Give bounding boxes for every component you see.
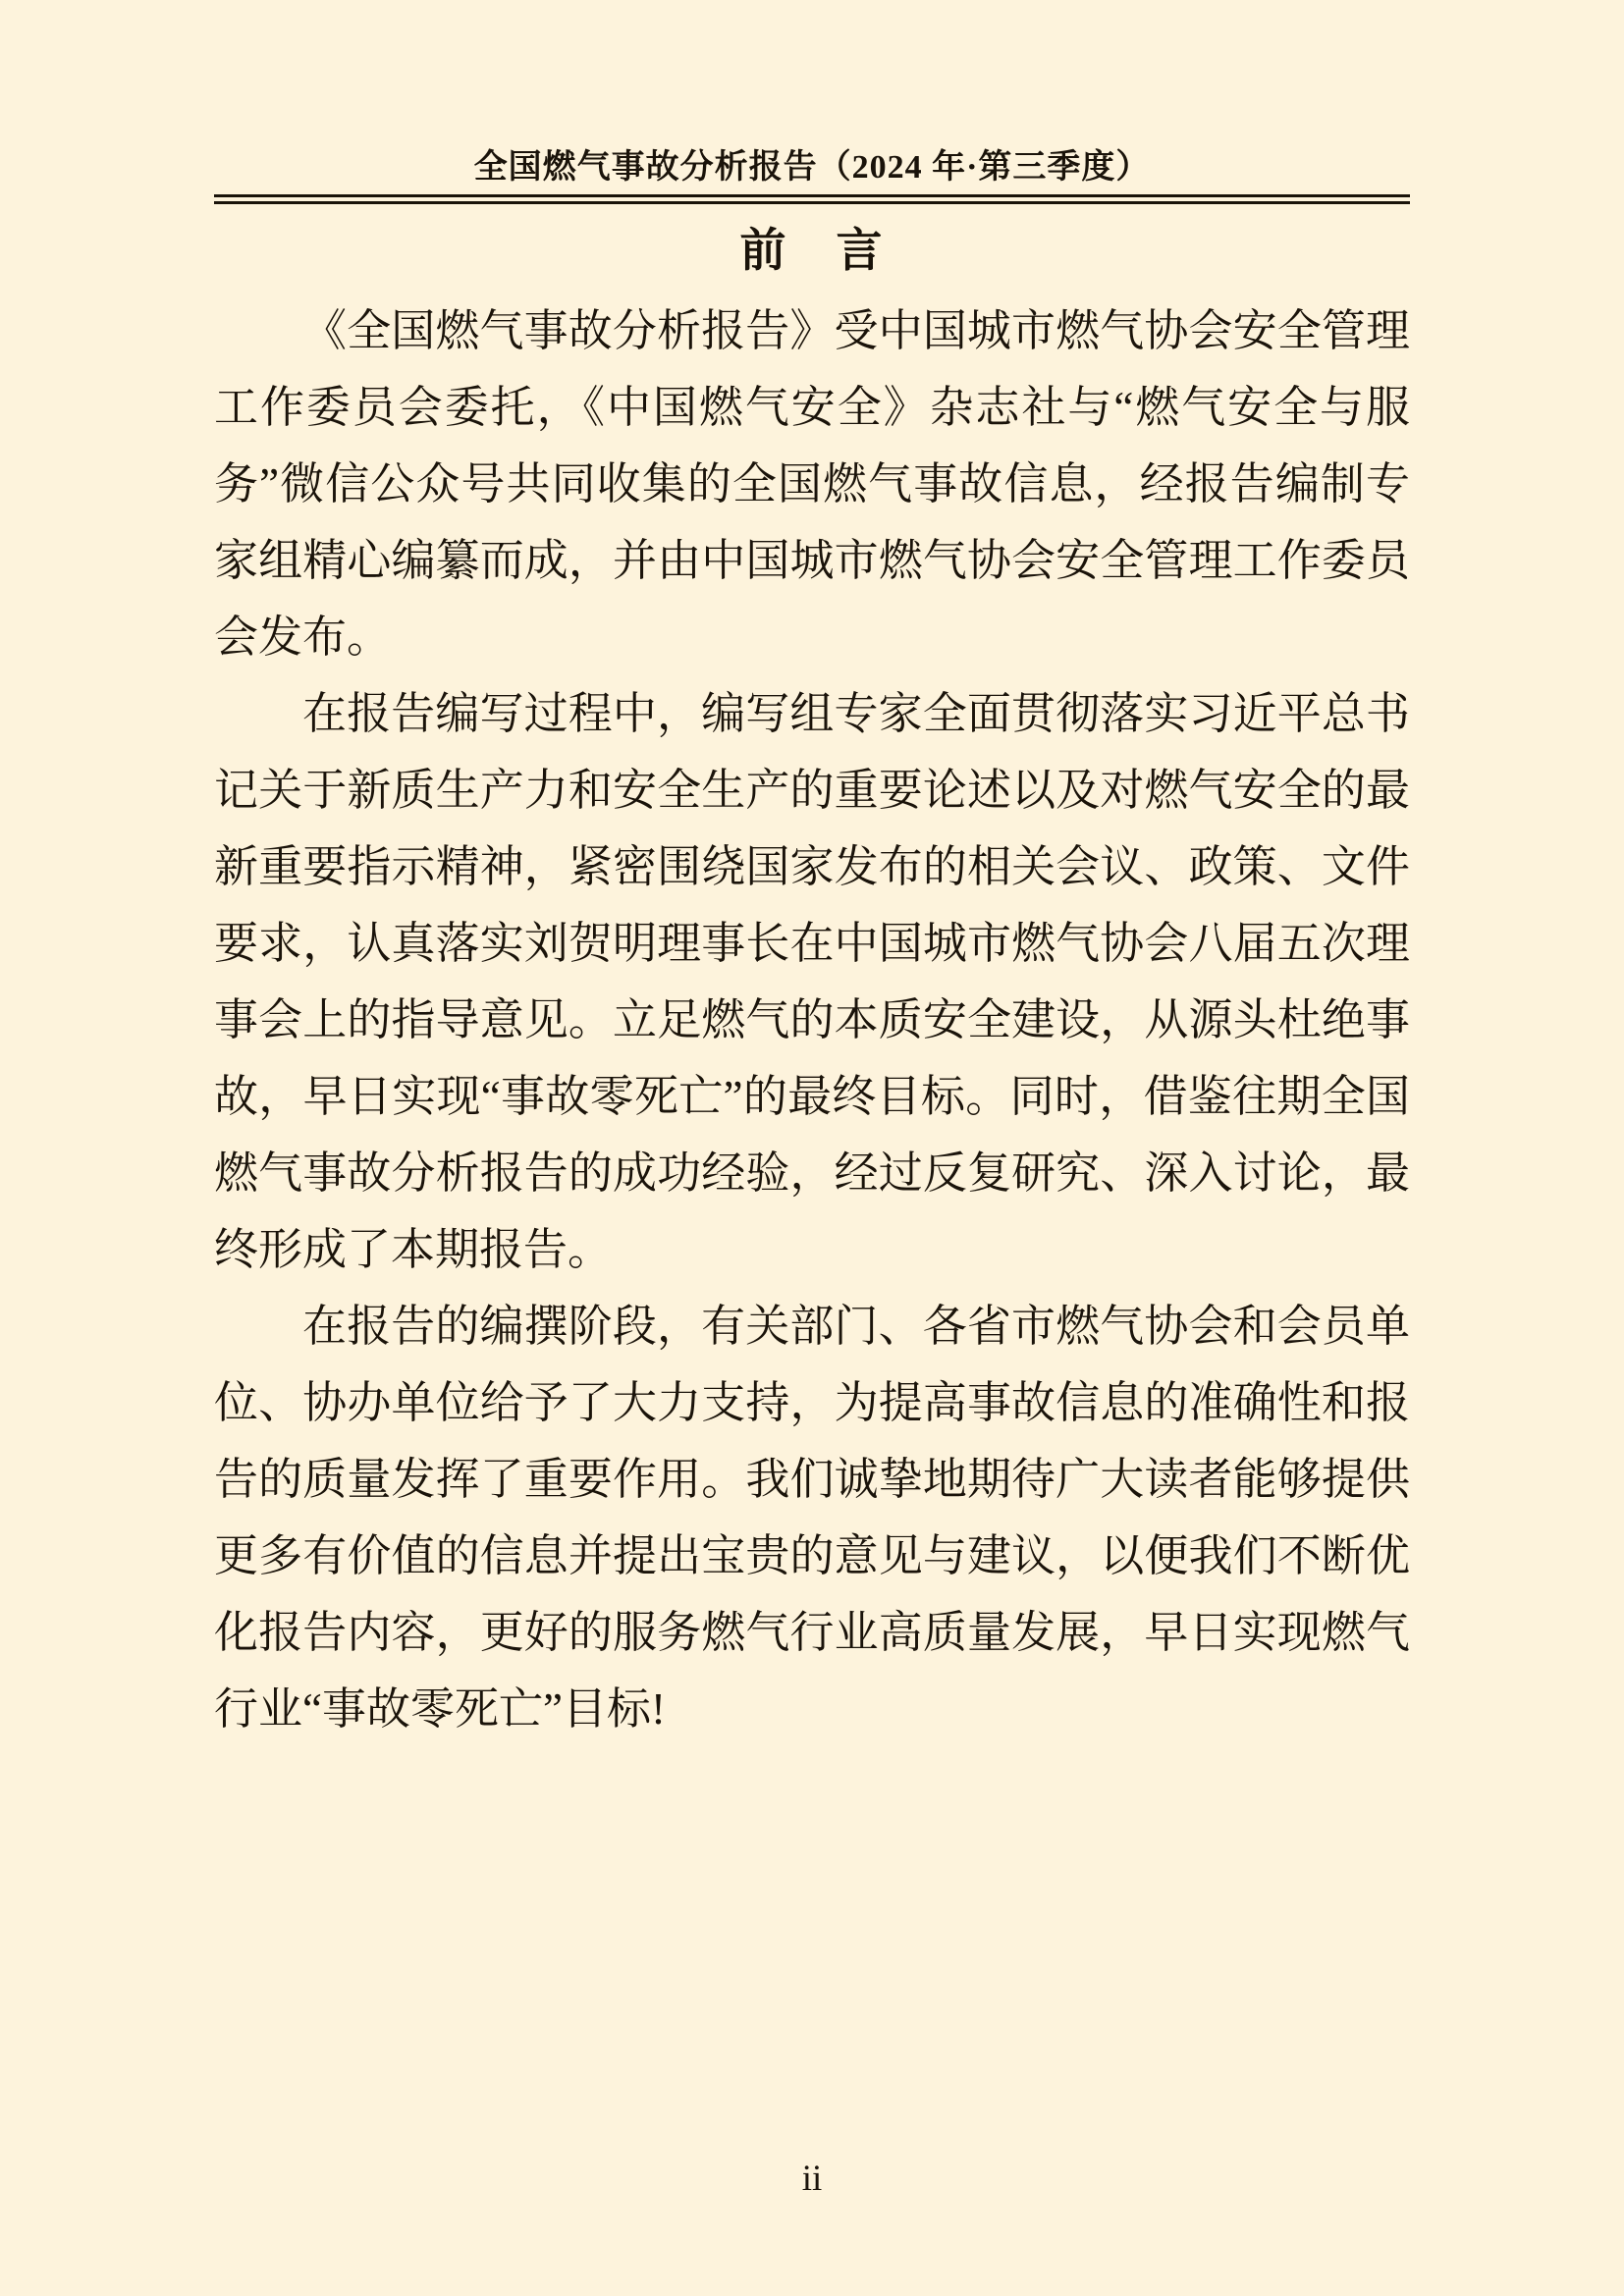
- document-title: 前 言: [0, 224, 1624, 277]
- document-page: 全国燃气事故分析报告（2024 年·第三季度） 前 言 《全国燃气事故分析报告》…: [0, 0, 1624, 2296]
- preface-paragraph-2: 在报告编写过程中，编写组专家全面贯彻落实习近平总书记关于新质生产力和安全生产的重…: [214, 675, 1410, 1288]
- page-number: ii: [0, 2158, 1624, 2201]
- preface-paragraph-1: 《全国燃气事故分析报告》受中国城市燃气协会安全管理工作委员会委托，《中国燃气安全…: [214, 293, 1410, 675]
- header-double-rule: [214, 194, 1410, 204]
- running-header-title: 全国燃气事故分析报告（2024 年·第三季度）: [0, 147, 1624, 189]
- preface-body: 《全国燃气事故分析报告》受中国城市燃气协会安全管理工作委员会委托，《中国燃气安全…: [214, 293, 1410, 1747]
- running-header: 全国燃气事故分析报告（2024 年·第三季度）: [0, 0, 1624, 204]
- preface-paragraph-3: 在报告的编撰阶段，有关部门、各省市燃气协会和会员单位、协办单位给予了大力支持，为…: [214, 1288, 1410, 1747]
